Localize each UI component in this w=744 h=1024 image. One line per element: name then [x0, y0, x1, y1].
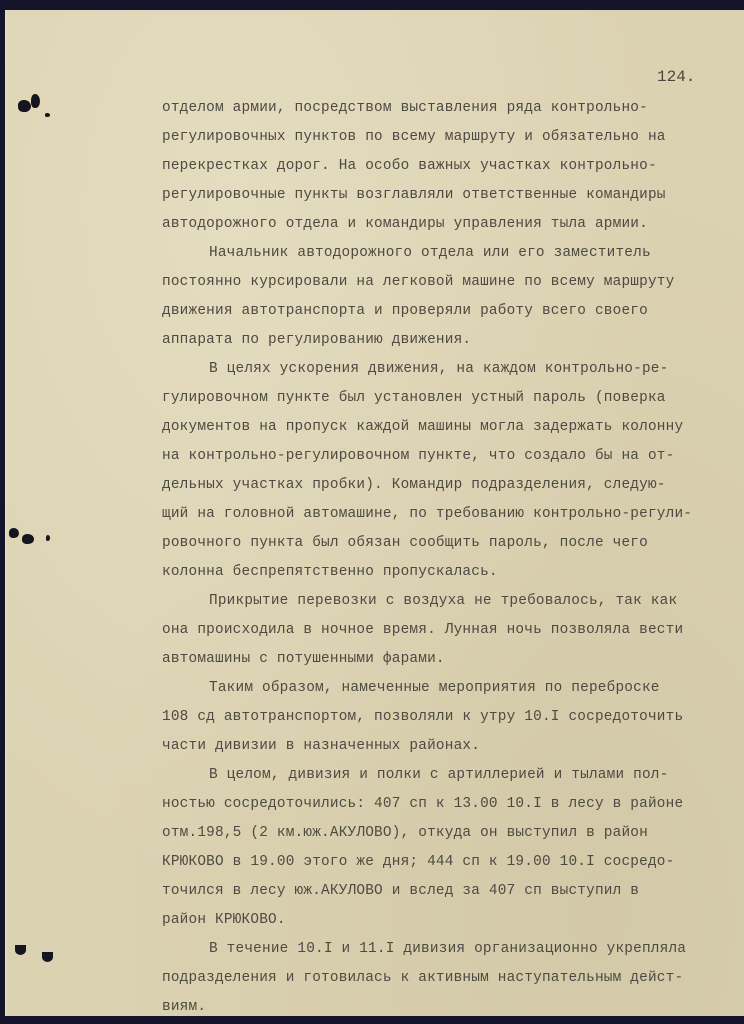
- text-line: 108 сд автотранспортом, позволяли к утру…: [162, 703, 744, 732]
- text-line: автомашины с потушенными фарами.: [162, 645, 744, 674]
- text-line: колонна беспрепятственно пропускалась.: [162, 558, 744, 587]
- text-line: точился в лесу юж.АКУЛОВО и вслед за 407…: [162, 877, 744, 906]
- text-line: ровочного пункта был обязан сообщить пар…: [162, 529, 744, 558]
- text-line: регулировочных пунктов по всему маршруту…: [162, 123, 744, 152]
- text-line: документов на пропуск каждой машины могл…: [162, 413, 744, 442]
- text-line: отм.198,5 (2 км.юж.АКУЛОВО), откуда он в…: [162, 819, 744, 848]
- punch-hole: [31, 94, 40, 108]
- punch-hole: [22, 534, 34, 544]
- text-line: движения автотранспорта и проверяли рабо…: [162, 297, 744, 326]
- text-line: части дивизии в назначенных районах.: [162, 732, 744, 761]
- text-line: щий на головной автомашине, по требовани…: [162, 500, 744, 529]
- document-page: 124. отделом армии, посредством выставле…: [5, 10, 744, 1016]
- punch-hole: [15, 945, 26, 955]
- text-line: Прикрытие перевозки с воздуха не требова…: [162, 587, 744, 616]
- text-line: район КРЮКОВО.: [162, 906, 744, 935]
- text-line: аппарата по регулированию движения.: [162, 326, 744, 355]
- text-line: КРЮКОВО в 19.00 этого же дня; 444 сп к 1…: [162, 848, 744, 877]
- text-line: виям.: [162, 993, 744, 1022]
- text-line: гулировочном пункте был установлен устны…: [162, 384, 744, 413]
- text-line: В целом, дивизия и полки с артиллерией и…: [162, 761, 744, 790]
- text-line: Начальник автодорожного отдела или его з…: [162, 239, 744, 268]
- text-line: на контрольно-регулировочном пункте, что…: [162, 442, 744, 471]
- text-line: регулировочные пункты возглавляли ответс…: [162, 181, 744, 210]
- text-line: дельных участках пробки). Командир подра…: [162, 471, 744, 500]
- document-body: отделом армии, посредством выставления р…: [162, 94, 744, 1022]
- text-line: постоянно курсировали на легковой машине…: [162, 268, 744, 297]
- page-number: 124.: [657, 68, 695, 86]
- punch-hole: [45, 113, 50, 117]
- punch-hole: [46, 535, 50, 541]
- text-line: В целях ускорения движения, на каждом ко…: [162, 355, 744, 384]
- text-line: подразделения и готовилась к активным на…: [162, 964, 744, 993]
- text-line: Таким образом, намеченные мероприятия по…: [162, 674, 744, 703]
- punch-hole: [42, 952, 53, 962]
- text-line: отделом армии, посредством выставления р…: [162, 94, 744, 123]
- punch-hole: [9, 528, 19, 538]
- punch-hole: [18, 100, 31, 112]
- text-line: ностью сосредоточились: 407 сп к 13.00 1…: [162, 790, 744, 819]
- text-line: В течение 10.I и 11.I дивизия организаци…: [162, 935, 744, 964]
- text-line: перекрестках дорог. На особо важных учас…: [162, 152, 744, 181]
- text-line: она происходила в ночное время. Лунная н…: [162, 616, 744, 645]
- text-line: автодорожного отдела и командиры управле…: [162, 210, 744, 239]
